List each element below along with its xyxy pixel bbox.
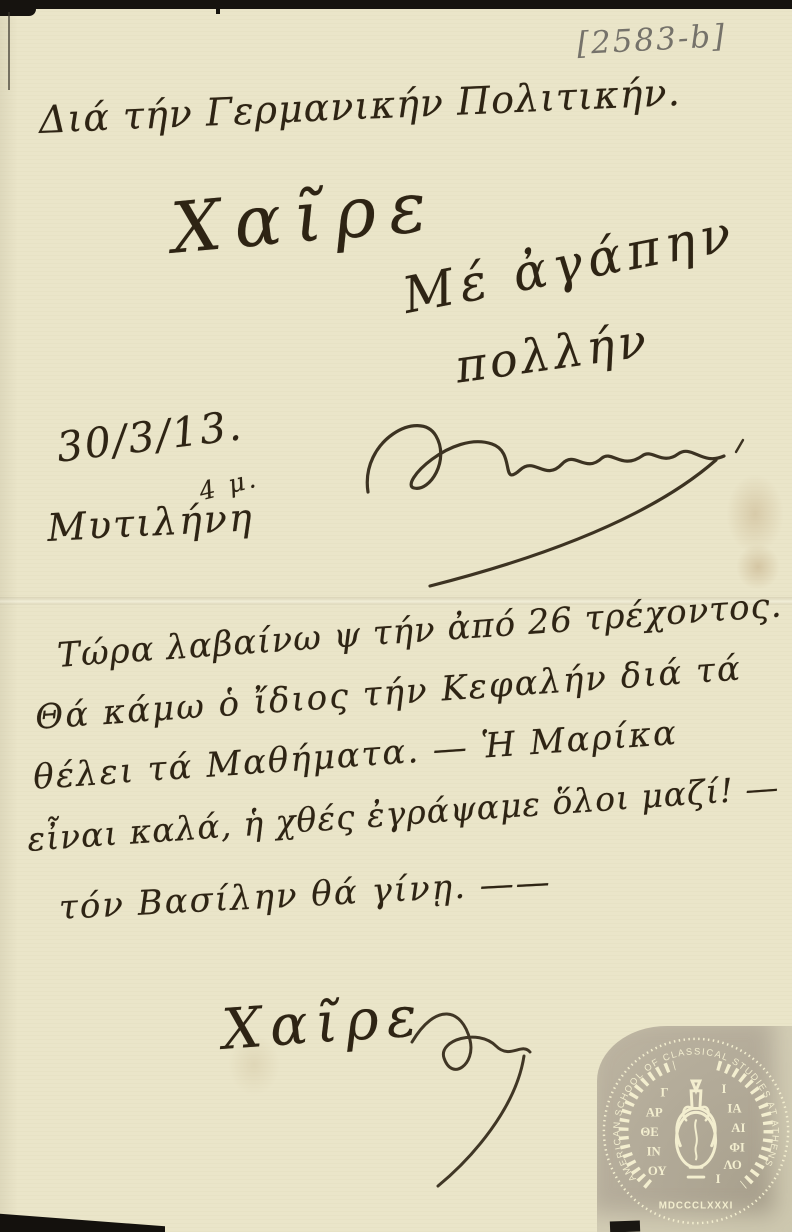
handwritten-valediction-line1: Μέ ἀγάπην (398, 203, 741, 325)
svg-text:Γ: Γ (660, 1086, 668, 1100)
handwritten-place: Μυτιλήνη (46, 495, 255, 550)
sender-signature-flourish (350, 400, 760, 600)
svg-text:Ι: Ι (716, 1172, 721, 1186)
scan-edge-bottom-left (0, 1206, 165, 1232)
scanned-letter-page: [2583-b] Διά τήν Γερμανικήν Πολιτικήν. Χ… (0, 0, 792, 1232)
svg-text:ΛΟ: ΛΟ (723, 1158, 741, 1172)
seal-ring-text: AMERICAN SCHOOL OF CLASSICAL STUDIES AT … (611, 1046, 780, 1183)
scan-edge-top-corner (0, 0, 36, 16)
handwritten-date: 30/3/13. (54, 401, 246, 471)
svg-text:ΘΕ: ΘΕ (640, 1125, 658, 1139)
handwritten-body-line: τόν Βασίλην θά γίνῃ. —— (58, 862, 553, 928)
handwritten-recipient-line: Διά τήν Γερμανικήν Πολιτικήν. (38, 70, 681, 142)
handwritten-salutation: Χαῖρε (168, 165, 442, 270)
archive-reference-number: [2583-b] (576, 18, 727, 62)
svg-text:ΦΙ: ΦΙ (729, 1141, 745, 1155)
svg-text:ΑΙ: ΑΙ (731, 1121, 745, 1135)
svg-text:Ι: Ι (721, 1082, 726, 1096)
svg-text:ΙΝ: ΙΝ (647, 1145, 662, 1159)
scan-edge-left-line (8, 12, 10, 90)
scan-edge-top (0, 0, 792, 9)
closing-initial-flourish (400, 990, 560, 1200)
svg-text:ΑΡ: ΑΡ (646, 1105, 663, 1119)
ascsa-watermark-seal: AMERICAN SCHOOL OF CLASSICAL STUDIES AT … (598, 1030, 792, 1232)
handwritten-closing-salutation: Χαῖρε (220, 984, 427, 1063)
seal-amphora-icon (676, 1081, 715, 1177)
svg-text:ΙΑ: ΙΑ (727, 1101, 742, 1115)
scan-edge-notch (216, 7, 220, 14)
svg-text:ΟΥ: ΟΥ (648, 1164, 667, 1178)
seal-founding-year: MDCCCLXXXI (659, 1200, 734, 1211)
handwritten-valediction-line2: πολλήν (452, 313, 653, 394)
